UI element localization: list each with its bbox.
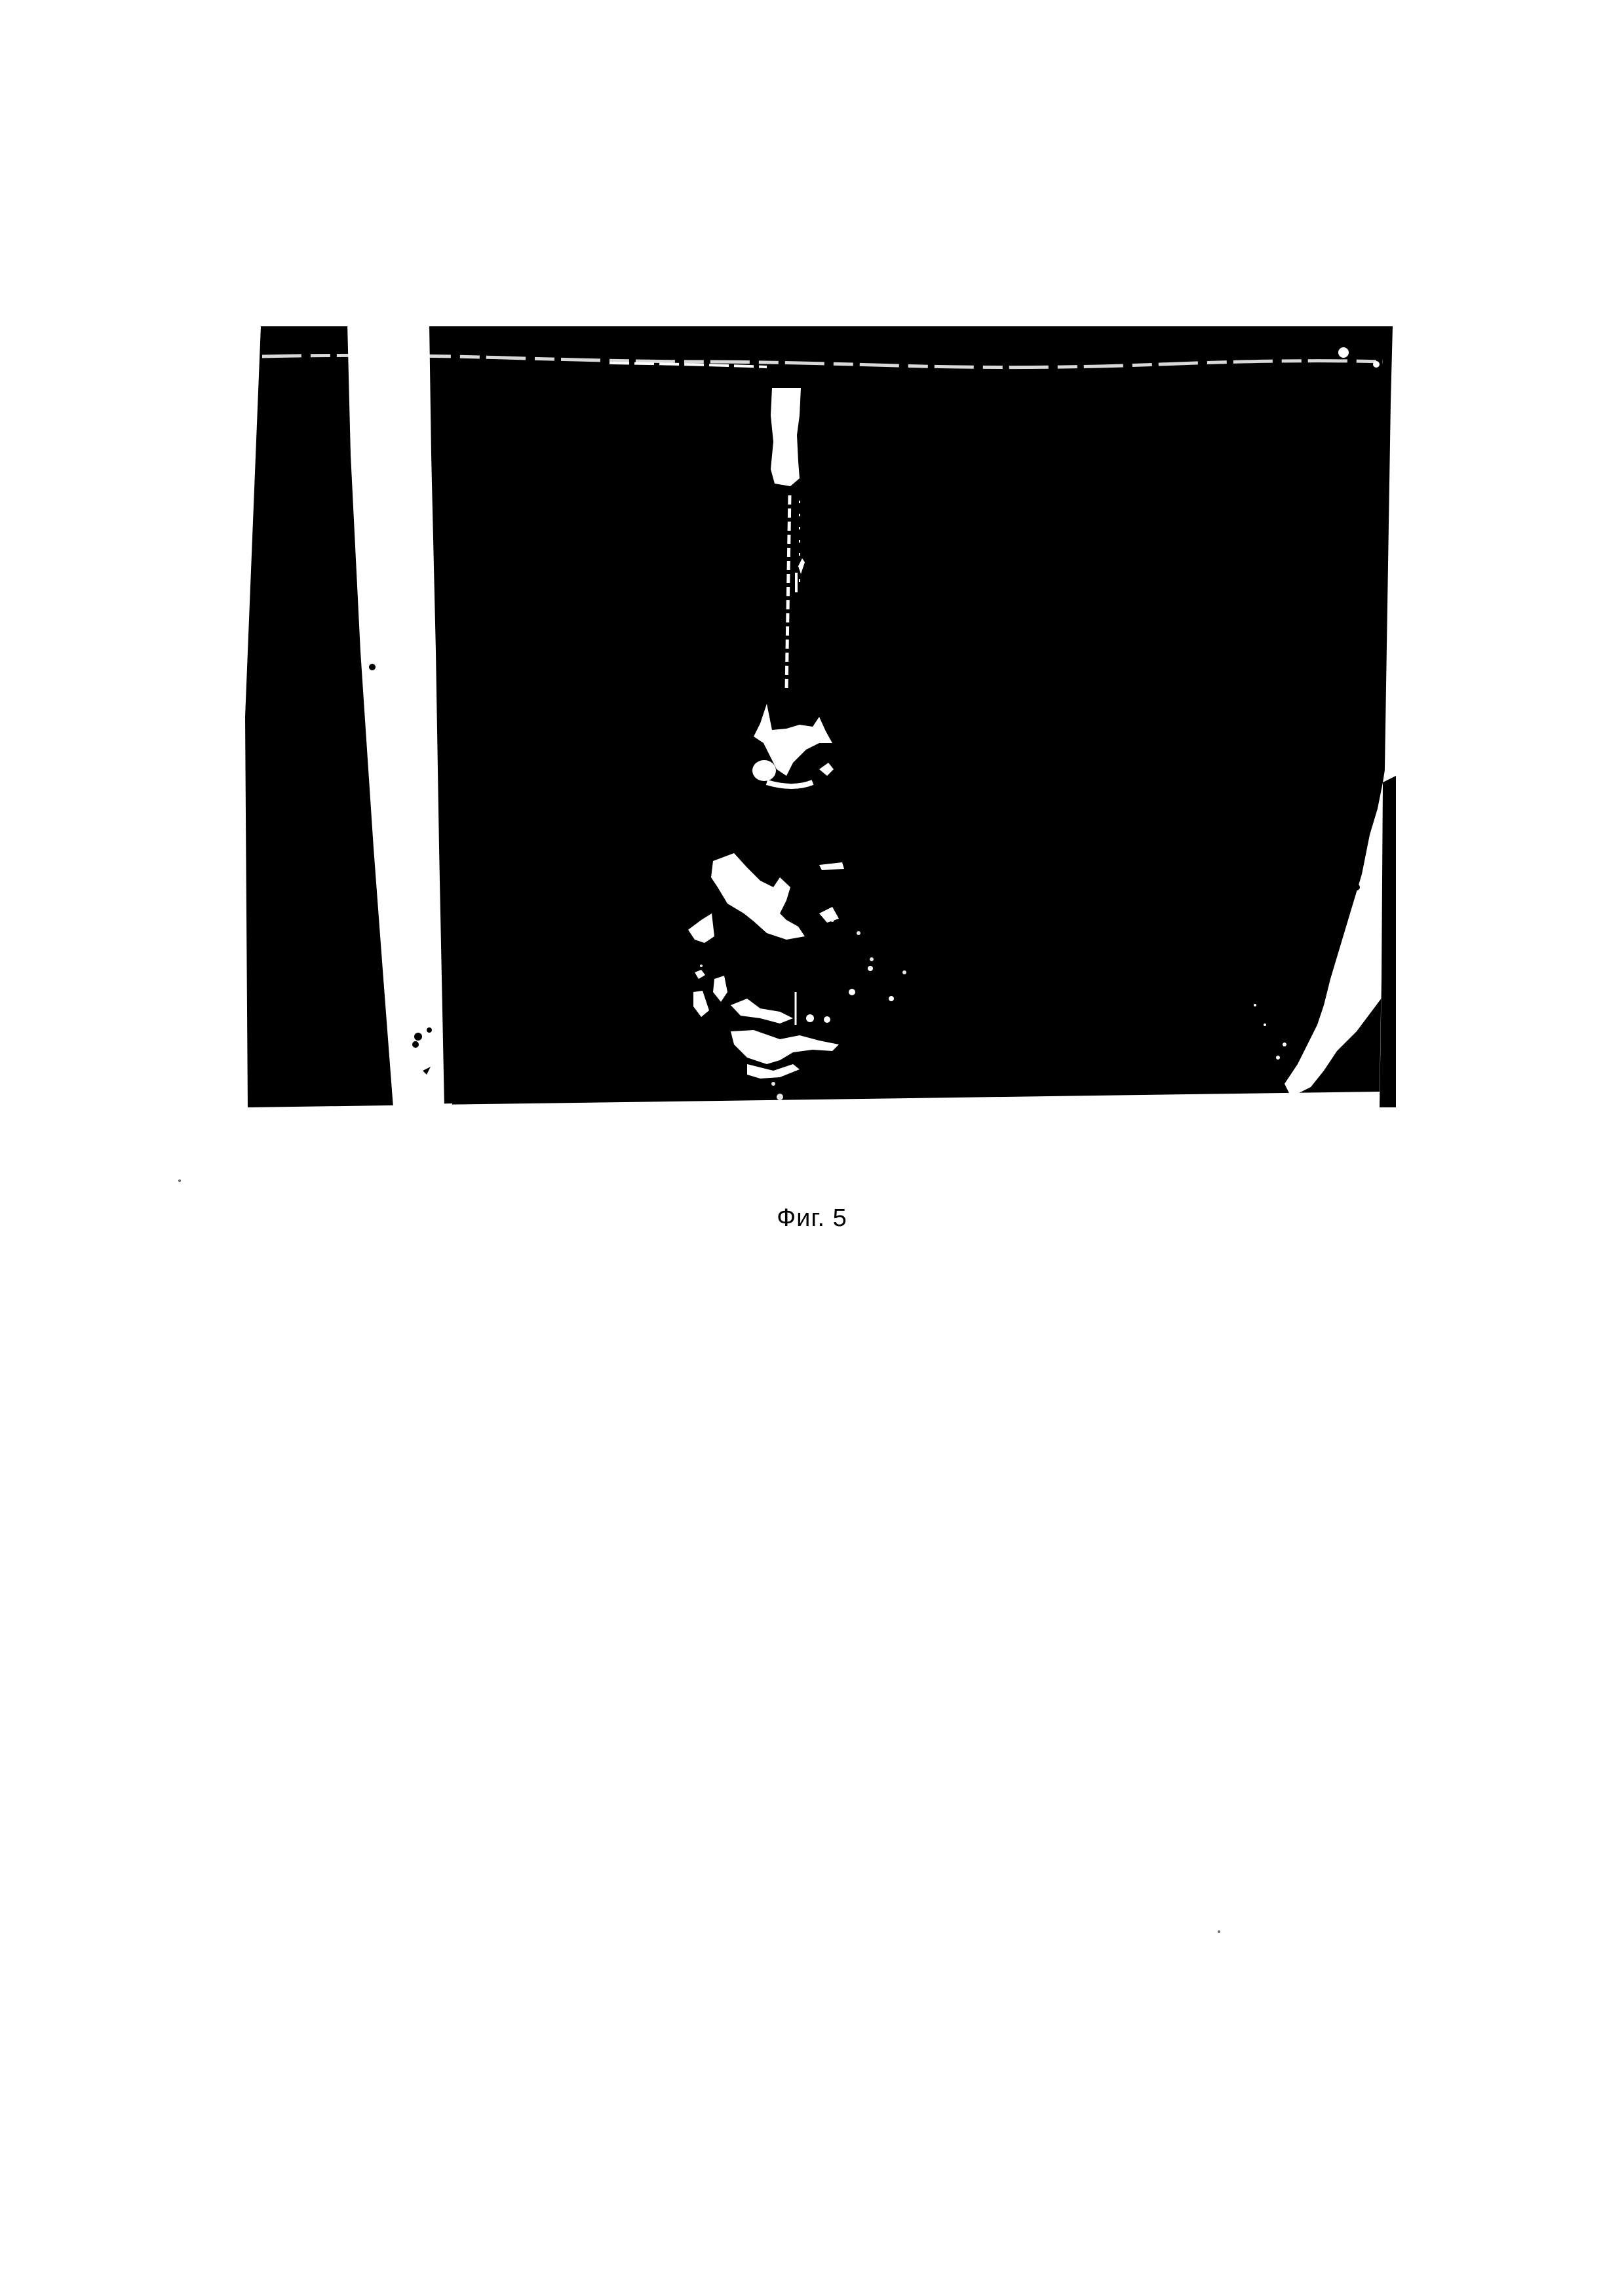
- figure-caption: Фиг. 5: [0, 1204, 1624, 1233]
- figure-photo: [242, 324, 1396, 1110]
- scan-speck: [1218, 1930, 1220, 1933]
- needle-hub: [771, 388, 801, 486]
- scan-speck: [178, 1179, 181, 1182]
- photo-canvas: [242, 324, 1396, 1110]
